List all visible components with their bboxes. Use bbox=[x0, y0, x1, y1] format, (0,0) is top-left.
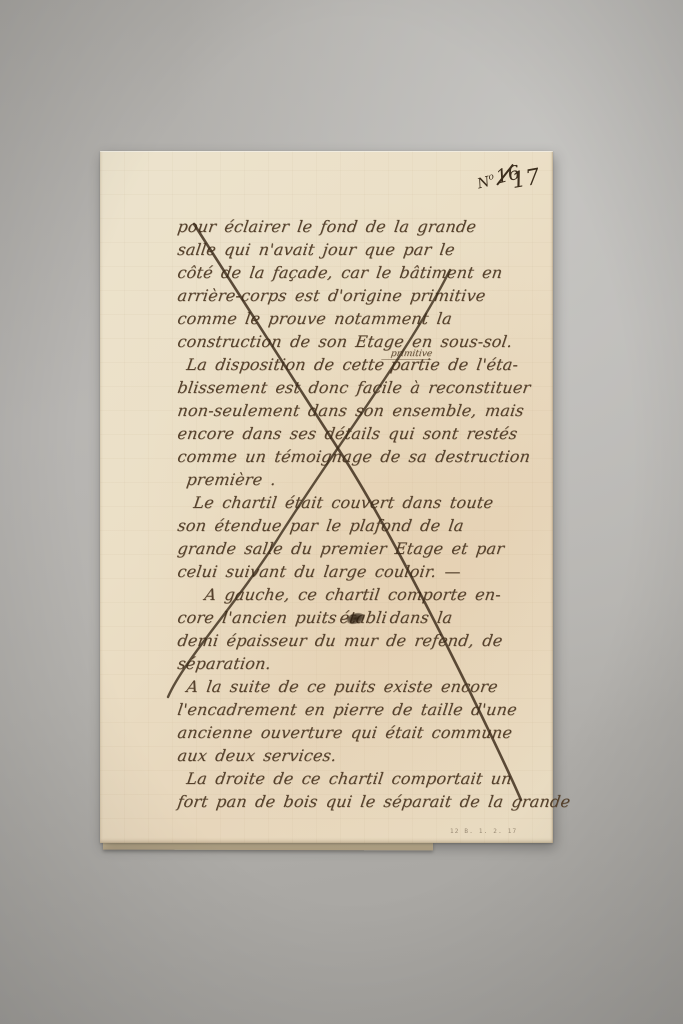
manuscript-line: construction de son Etage en sous-sol. bbox=[176, 330, 551, 353]
manuscript-line: fort pan de bois qui le séparait de la g… bbox=[176, 790, 551, 813]
manuscript-line: comme un témoignage de sa destruction bbox=[176, 445, 551, 468]
interline-insertion-word: primitive bbox=[381, 350, 433, 360]
manuscript-line: l'encadrement en pierre de taille d'une bbox=[176, 698, 551, 721]
manuscript-line: ancienne ouverture qui était commune bbox=[176, 721, 551, 744]
manuscript-line: La droite de ce chartil comportait un bbox=[176, 767, 551, 790]
manuscript-line: arrière-corps est d'origine primitive bbox=[176, 284, 551, 307]
manuscript-line: Le chartil était couvert dans toute bbox=[176, 491, 551, 514]
manuscript-text: pour éclairer le fond de la grande salle… bbox=[176, 215, 548, 813]
manuscript-line: La disposition de cetteprimitivepartie d… bbox=[176, 353, 551, 376]
manuscript-line: celui suivant du large couloir. — bbox=[176, 560, 551, 583]
manuscript-line: non-seulement dans son ensemble, mais bbox=[176, 399, 551, 422]
manuscript-line: grande salle du premier Etage et par bbox=[176, 537, 551, 560]
ink-correction: établi bbox=[335, 608, 391, 627]
folio-number-prefix: No bbox=[476, 173, 497, 193]
archive-shelfmark-pencil: 12 B. 1. 2. 17 bbox=[450, 828, 517, 835]
manuscript-line: demi épaisseur du mur de refend, de bbox=[176, 629, 551, 652]
manuscript-line: comme le prouve notamment la bbox=[176, 307, 551, 330]
folio-number-new: 17 bbox=[510, 165, 542, 194]
manuscript-line: première . bbox=[176, 468, 551, 491]
manuscript-line: salle qui n'avait jour que par le bbox=[176, 238, 551, 261]
manuscript-line: aux deux services. bbox=[176, 744, 551, 767]
manuscript-line: son étendue par le plafond de la bbox=[176, 514, 551, 537]
manuscript-line: encore dans ses détails qui sont restés bbox=[176, 422, 551, 445]
manuscript-line: côté de la façade, car le bâtiment en bbox=[176, 261, 551, 284]
manuscript-page: No1617 pour éclairer le fond de la grand… bbox=[100, 151, 553, 843]
manuscript-line: pour éclairer le fond de la grande bbox=[176, 215, 551, 238]
manuscript-line: A gauche, ce chartil comporte en- bbox=[176, 583, 551, 606]
manuscript-line: A la suite de ce puits existe encore bbox=[176, 675, 551, 698]
manuscript-line: core l'ancien puitsétablidans la bbox=[176, 606, 551, 629]
manuscript-line: blissement est donc facile à reconstitue… bbox=[176, 376, 551, 399]
folio-number: No1617 bbox=[474, 153, 550, 195]
manuscript-photo: No1617 pour éclairer le fond de la grand… bbox=[0, 0, 683, 1024]
manuscript-line: séparation. bbox=[176, 652, 551, 675]
